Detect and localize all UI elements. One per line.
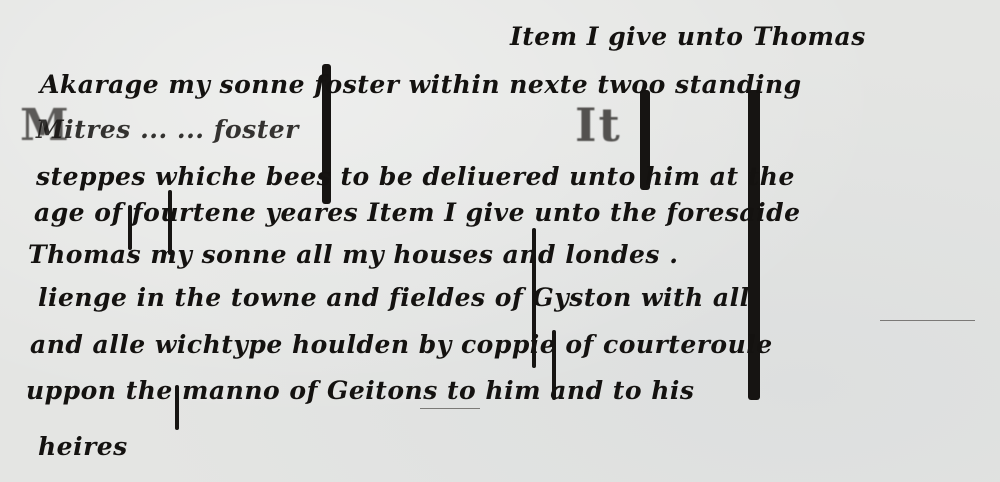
line-filler <box>880 320 975 321</box>
manuscript-line-7: lienge in the towne and fieldes of Gysto… <box>38 283 750 312</box>
manuscript-line-4: steppes whiche bees to be deliuered unto… <box>36 162 795 191</box>
manuscript-line-6: Thomas my sonne all my houses and londes… <box>28 240 678 269</box>
manuscript-line-10: heires <box>38 432 128 461</box>
manuscript-line-8: and alle wichtype houlden by coppie of c… <box>30 330 773 359</box>
line-filler <box>420 408 480 409</box>
manuscript-line-3: Mitres ... ... foster <box>36 115 299 144</box>
show-through-ink-right: It <box>575 98 622 152</box>
manuscript-line-9: uppon the manno of Geitons to him and to… <box>26 376 694 405</box>
manuscript-line-5: age of fourtene yeares Item I give unto … <box>34 198 801 227</box>
manuscript-line-2: Akarage my sonne foster within nexte two… <box>40 70 802 99</box>
manuscript-line-1: Item I give unto Thomas <box>510 22 866 51</box>
manuscript-page: M It Item I give unto Thomas Akarage my … <box>0 0 1000 482</box>
